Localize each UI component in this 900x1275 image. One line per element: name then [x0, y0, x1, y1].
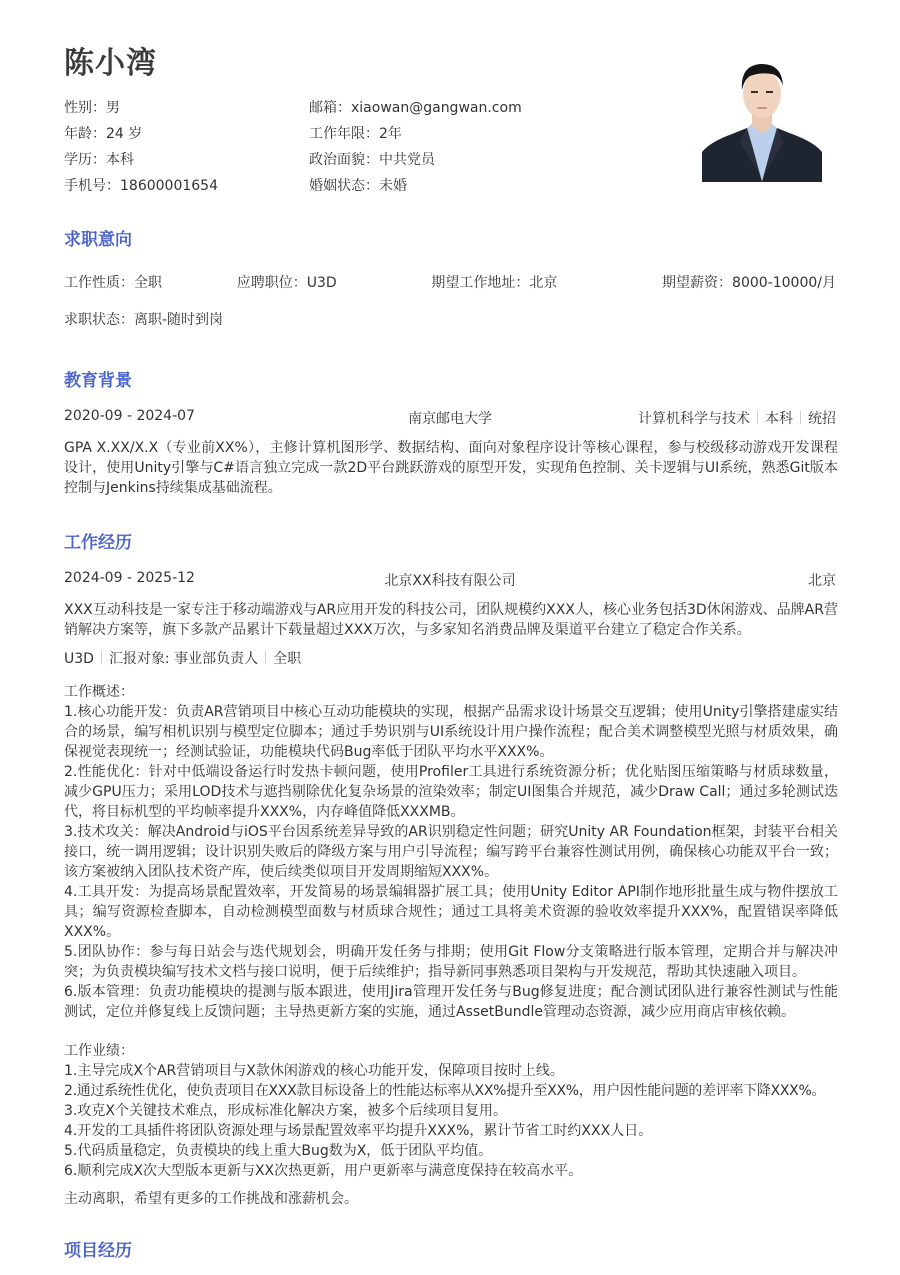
- achievement-item: 6.顺利完成X次大型版本更新与XX次热更新，用户更新率与满意度保持在较高水平。: [64, 1161, 838, 1181]
- marital-status-field: 婚姻状态：未婚: [309, 175, 649, 195]
- age-field: 年龄：24 岁: [64, 123, 309, 143]
- work-row: 2024-09 - 2025-12 北京XX科技有限公司 北京: [64, 570, 836, 590]
- work-tags: U3D汇报对象: 事业部负责人全职: [64, 648, 301, 668]
- enrollment-type: 统招: [808, 411, 836, 427]
- overview-item: 6.版本管理：负责功能模块的提测与版本跟进，使用Jira管理开发任务与Bug修复…: [64, 982, 838, 1022]
- overview-item: 4.工具开发：为提高场景配置效率，开发简易的场景编辑器扩展工具；使用Unity …: [64, 882, 838, 942]
- phone-field: 手机号：18600001654: [64, 175, 309, 195]
- achievement-item: 1.主导完成X个AR营销项目与X款休闲游戏的核心功能开发，保障项目按时上线。: [64, 1061, 838, 1081]
- job-status-field: 求职状态：离职-随时到岗: [64, 309, 223, 329]
- info-row: 学历：本科 政治面貌：中共党员: [64, 146, 664, 172]
- info-row: 年龄：24 岁 工作年限：2年: [64, 120, 664, 146]
- divider: [265, 651, 266, 664]
- education-period: 2020-09 - 2024-07: [64, 408, 195, 428]
- achievement-item: 3.攻克X个关键技术难点，形成标准化解决方案，被多个后续项目复用。: [64, 1101, 838, 1121]
- person-photo-icon: [702, 52, 822, 182]
- tag-employment: 全职: [273, 651, 301, 667]
- salary-field: 期望薪资：8000-10000/月: [662, 272, 836, 292]
- degree: 本科: [765, 411, 793, 427]
- divider: [757, 411, 758, 424]
- overview-item: 3.技术攻关：解决Android与iOS平台因系统差异导致的AR识别稳定性问题；…: [64, 822, 838, 882]
- work-overview: 工作概述： 1.核心功能开发：负责AR营销项目中核心互动功能模块的实现，根据产品…: [64, 682, 838, 1022]
- company-description: XXX互动科技是一家专注于移动端游戏与AR应用开发的科技公司，团队规模约XXX人…: [64, 600, 838, 640]
- political-status-field: 政治面貌：中共党员: [309, 149, 649, 169]
- leave-reason: 主动离职，希望有更多的工作挑战和涨薪机会。: [64, 1188, 358, 1208]
- info-row: 手机号：18600001654 婚姻状态：未婚: [64, 172, 664, 198]
- intent-row: 工作性质：全职 应聘职位：U3D 期望工作地址：北京 期望薪资：8000-100…: [64, 272, 836, 292]
- education-details: 计算机科学与技术本科统招: [638, 408, 836, 428]
- achievement-item: 4.开发的工具插件将团队资源处理与场景配置效率平均提升XXX%，累计节省工时约X…: [64, 1121, 838, 1141]
- education-row: 2020-09 - 2024-07 南京邮电大学 计算机科学与技术本科统招: [64, 408, 836, 428]
- tag-role: U3D: [64, 651, 94, 667]
- email-field: 邮箱：xiaowan@gangwan.com: [309, 97, 649, 117]
- overview-title: 工作概述：: [64, 682, 838, 702]
- tag-report-to: 汇报对象: 事业部负责人: [109, 651, 258, 667]
- section-title-work: 工作经历: [64, 528, 132, 553]
- achievements-title: 工作业绩：: [64, 1041, 838, 1061]
- section-title-education: 教育背景: [64, 366, 132, 391]
- job-type-field: 工作性质：全职: [64, 272, 162, 292]
- work-years-field: 工作年限：2年: [309, 123, 649, 143]
- section-title-projects: 项目经历: [64, 1236, 132, 1261]
- info-row: 性别：男 邮箱：xiaowan@gangwan.com: [64, 94, 664, 120]
- divider: [800, 411, 801, 424]
- education-level-field: 学历：本科: [64, 149, 309, 169]
- personal-info: 性别：男 邮箱：xiaowan@gangwan.com 年龄：24 岁 工作年限…: [64, 94, 664, 198]
- gender-field: 性别：男: [64, 97, 309, 117]
- work-city: 北京: [808, 570, 836, 590]
- work-achievements: 工作业绩： 1.主导完成X个AR营销项目与X款休闲游戏的核心功能开发，保障项目按…: [64, 1041, 838, 1181]
- position-field: 应聘职位：U3D: [237, 272, 337, 292]
- education-description: GPA X.XX/X.X（专业前XX%），主修计算机图形学、数据结构、面向对象程…: [64, 438, 838, 498]
- work-period: 2024-09 - 2025-12: [64, 570, 195, 590]
- achievement-item: 2.通过系统性优化，使负责项目在XXX款目标设备上的性能达标率从XX%提升至XX…: [64, 1081, 838, 1101]
- location-field: 期望工作地址：北京: [431, 272, 557, 292]
- achievement-item: 5.代码质量稳定，负责模块的线上重大Bug数为X，低于团队平均值。: [64, 1141, 838, 1161]
- overview-item: 5.团队协作：参与每日站会与迭代规划会，明确开发任务与排期；使用Git Flow…: [64, 942, 838, 982]
- major: 计算机科学与技术: [638, 411, 750, 427]
- section-title-intent: 求职意向: [64, 225, 132, 250]
- divider: [101, 651, 102, 664]
- overview-item: 1.核心功能开发：负责AR营销项目中核心互动功能模块的实现，根据产品需求设计场景…: [64, 702, 838, 762]
- overview-item: 2.性能优化：针对中低端设备运行时发热卡顿问题，使用Profiler工具进行系统…: [64, 762, 838, 822]
- candidate-name: 陈小湾: [64, 38, 157, 82]
- resume-page: 陈小湾 性别：男 邮箱：xiaowan@gangwan.com 年龄：24 岁 …: [0, 0, 900, 1275]
